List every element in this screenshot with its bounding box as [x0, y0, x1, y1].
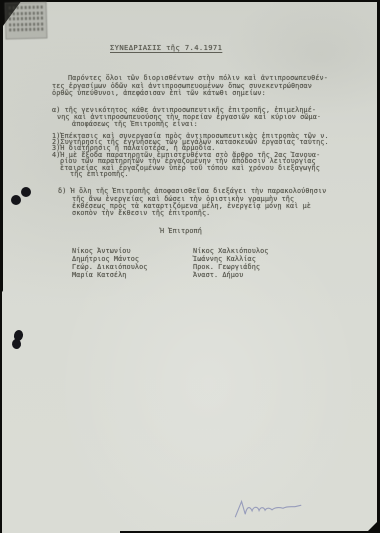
signature-stroke	[235, 498, 302, 516]
stamp-text-row	[9, 17, 43, 21]
ink-blot	[11, 195, 21, 205]
intro-paragraph: Παρόντες ὅλοι τῶν διορισθέντων στὴν πόλι…	[52, 75, 354, 98]
stamp-text-row	[9, 11, 43, 15]
handwritten-signature	[232, 495, 305, 523]
numbered-list: 1)Ἐπέκτασις καὶ συνεργασία πρὸς ἀντιπροσ…	[52, 133, 354, 178]
ink-blot	[21, 187, 31, 197]
stamp-text-row	[9, 28, 43, 32]
archive-stamp	[5, 1, 48, 39]
stamp-text-row	[9, 6, 43, 10]
committee-heading: Ἡ Ἐπιτροπή	[160, 228, 354, 235]
item-alpha: α) τῆς γενικότητος κάθε ἀντιπροσωπευτικῆ…	[52, 107, 354, 129]
item-delta: δ) Ἡ ὅλη τῆς Ἐπιτροπῆς ἀποφασισθεῖσα διε…	[58, 188, 354, 217]
scanned-document: ΣΥΝΕΔΡΙΑΣΙΣ τῆς 7.4.1971 Παρόντες ὅλοι τ…	[0, 0, 380, 533]
signatories-right-column: Νίκος Χαλκιόπουλος Ἰωάννης Καλλίας Προκ.…	[193, 248, 333, 279]
text-line: τῆς ἐπιτροπῆς.	[52, 171, 354, 177]
text-line: σκοπὸν τὴν ἔκθεσιν τῆς ἐπιτροπῆς.	[58, 210, 354, 217]
item-label: δ)	[58, 187, 66, 195]
text-line: ἀποφάσεως τῆς Ἐπιτροπῆς εἶναι:	[52, 121, 354, 128]
typewritten-text: ΣΥΝΕΔΡΙΑΣΙΣ τῆς 7.4.1971 Παρόντες ὅλοι τ…	[52, 44, 354, 280]
text-line: ὀρθῶς ὑπεύθυνοι, ἀπεφάσισαν ἐπὶ τῶν κάτω…	[52, 90, 354, 98]
scan-edge-left	[0, 0, 3, 292]
signatories-left-column: Νίκος Ἀντωνίου Δημήτριος Μάντος Γεώρ. Δι…	[72, 248, 193, 279]
scan-edge-top	[0, 0, 380, 2]
signatory-name: Ἀναστ. Δήμου	[193, 272, 333, 280]
signatories-block: Νίκος Ἀντωνίου Δημήτριος Μάντος Γεώρ. Δι…	[72, 248, 354, 279]
document-title: ΣΥΝΕΔΡΙΑΣΙΣ τῆς 7.4.1971	[110, 44, 354, 51]
signatory-name: Μαρία Κατσέλη	[72, 272, 193, 280]
stamp-text-row	[9, 22, 43, 26]
